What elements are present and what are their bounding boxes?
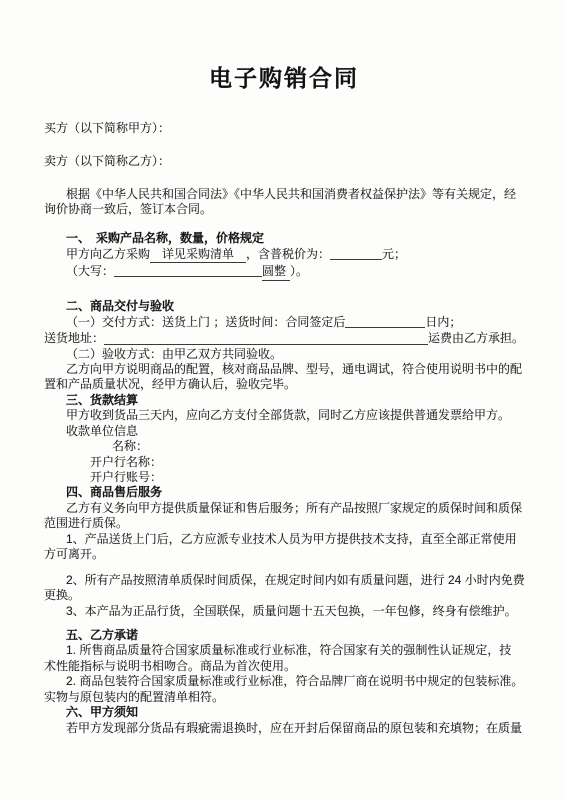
preamble-line-2: 询价协商一致后，签订本合同。 xyxy=(44,202,524,217)
acceptance-line: （二）验收方式：由甲乙双方共同验收。 xyxy=(44,347,524,362)
section3-heading: 三、货款结算 xyxy=(44,393,524,408)
page-title: 电子购销合同 xyxy=(44,64,524,92)
bank-name-label: 开户行名称： xyxy=(44,455,524,470)
section4-line-1: 乙方有义务向甲方提供质量保证和售后服务；所有产品按照厂家规定的质保时间和质保 xyxy=(44,501,524,516)
amount-suf: ）。 xyxy=(290,264,308,278)
amount-in-words-line: （大写：圆整）。 xyxy=(44,263,524,280)
section2-heading: 二、商品交付与验收 xyxy=(44,299,524,314)
section5-line-3: 2. 商品包装符合国家质量标准或行业标准，符合品牌厂商在说明书中规定的包装标准。 xyxy=(44,674,524,689)
contract-document-page: 电子购销合同 买方（以下简称甲方）： 卖方（以下简称乙方）： 根据《中华人民共和… xyxy=(0,0,566,800)
section2-line-5: 置和产品质量状况，经甲方确认后，验收完毕。 xyxy=(44,377,524,392)
section5-line-1: 1. 所售商品质量符合国家质量标准或行业标准，符合国家有关的强制性认证规定，技 xyxy=(44,643,524,658)
address-suf: 运费由乙方承担。 xyxy=(428,331,524,346)
section3-line-1: 甲方收到货品三天内，应向乙方支付全部货款，同时乙方应该提供普通发票给甲方。 xyxy=(44,408,524,423)
payee-info-label: 收款单位信息 xyxy=(44,424,524,439)
address-line: 送货地址：运费由乙方承担。 xyxy=(44,331,524,347)
days-blank-underline xyxy=(345,314,425,328)
section4-line-4: 方可离开。 xyxy=(44,547,524,562)
section4-heading: 四、商品售后服务 xyxy=(44,485,524,500)
section5-line-4: 实物与原包装内的配置清单相符。 xyxy=(44,690,524,705)
section4-line-3: 1、产品送货上门后，乙方应派专业技术人员为甲方提供技术支持，直至全部正常使用 xyxy=(44,532,524,547)
purchase-filled-blank: 详见采购清单 xyxy=(150,247,246,263)
section4-line-7: 3、本产品为正品行货，全国联保，质量问题十五天包换，一年包修，终身有偿维护。 xyxy=(44,604,524,619)
address-blank-underline xyxy=(104,331,428,345)
section6-line-1: 若甲方发现部分货品有瑕疵需退换时，应在开封后保留商品的原包装和充填物；在质量 xyxy=(44,721,524,736)
amount-filled-blank: 圆整 xyxy=(262,264,290,280)
section4-line-2: 范围进行质保。 xyxy=(44,516,524,531)
section5-heading: 五、乙方承诺 xyxy=(44,628,524,643)
purchase-suf: 元； xyxy=(382,247,406,261)
amount-blank-underline xyxy=(114,263,262,277)
section5-line-2: 术性能指标与说明书相吻合。商品为首次使用。 xyxy=(44,659,524,674)
section4-line-5: 2、所有产品按照清单质保时间质保，在规定时间内如有质量问题，进行 24 小时内免… xyxy=(44,573,524,588)
amount-pre: （大写： xyxy=(66,264,114,278)
price-blank-underline xyxy=(330,246,382,260)
seller-line: 卖方（以下简称乙方）： xyxy=(44,154,524,169)
section1-heading: 一、 采购产品名称，数量，价格规定 xyxy=(44,231,524,246)
payee-name-label: 名称： xyxy=(44,439,524,454)
delivery-suf: 日内； xyxy=(425,315,461,329)
delivery-pre: （一）交付方式：送货上门 ；送货时间：合同签定后 xyxy=(66,315,345,329)
address-pre: 送货地址： xyxy=(44,331,104,346)
buyer-line: 买方（以下简称甲方）： xyxy=(44,121,524,136)
bank-account-label: 开户行账号： xyxy=(44,470,524,485)
purchase-pre: 甲方向乙方采购 xyxy=(66,247,150,261)
preamble-line-1: 根据《中华人民共和国合同法》《中华人民共和国消费者权益保护法》等有关规定，经 xyxy=(44,187,524,202)
purchase-mid: ，含普税价为： xyxy=(246,247,330,261)
section2-line-4: 乙方向甲方说明商品的配置，核对商品品牌、型号，通电调试，符合使用说明书中的配 xyxy=(44,362,524,377)
section4-line-6: 更换。 xyxy=(44,588,524,603)
purchase-line: 甲方向乙方采购详见采购清单，含普税价为：元； xyxy=(44,246,524,263)
section6-heading: 六、甲方须知 xyxy=(44,705,524,720)
document-content: 电子购销合同 买方（以下简称甲方）： 卖方（以下简称乙方）： 根据《中华人民共和… xyxy=(0,64,566,736)
delivery-line: （一）交付方式：送货上门 ；送货时间：合同签定后日内； xyxy=(44,314,524,330)
